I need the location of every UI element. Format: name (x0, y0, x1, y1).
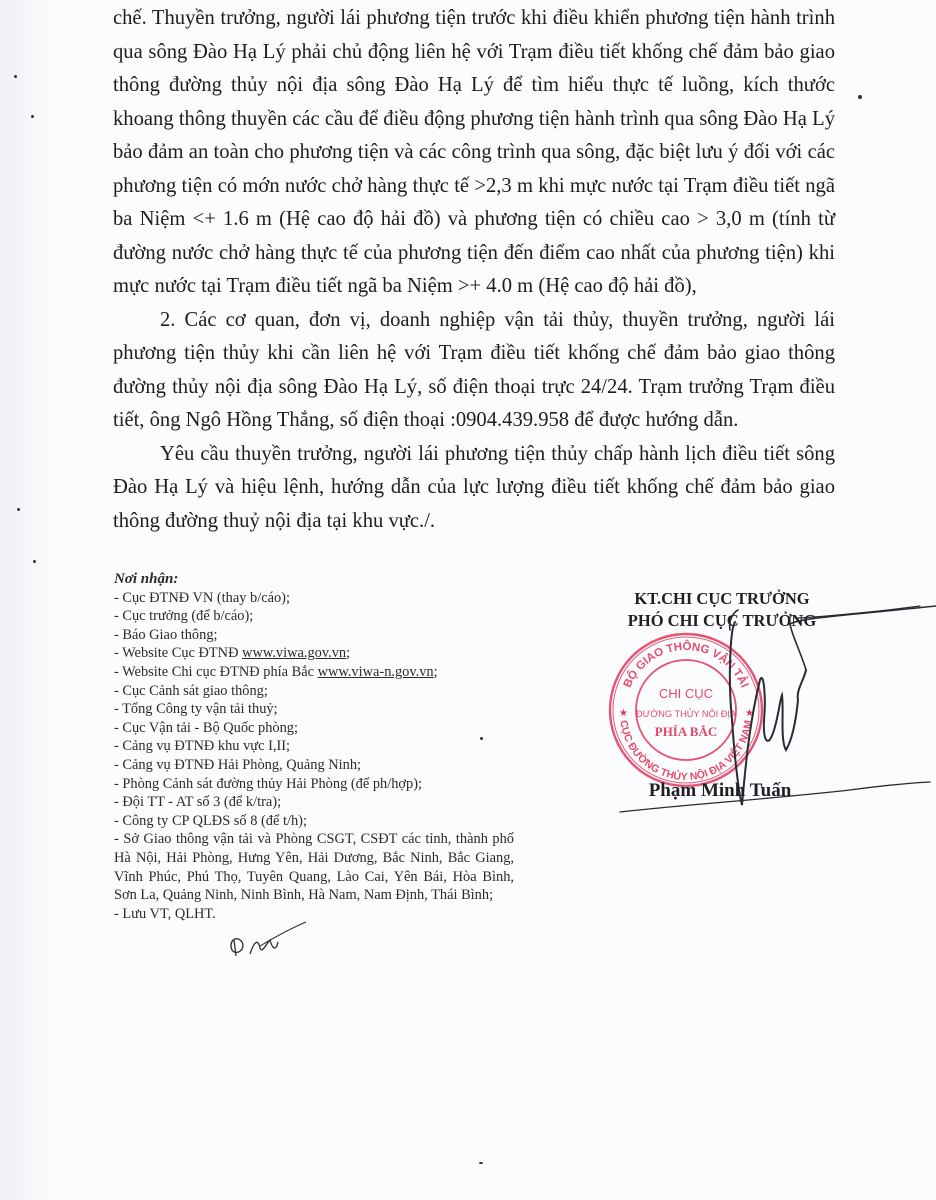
recipient-item: - Cục trưởng (để b/cáo); (114, 607, 514, 626)
recipient-text: - Cục trưởng (để b/cáo); (114, 608, 253, 624)
signature-title-1: KT.CHI CỤC TRƯỞNG (592, 588, 852, 610)
recipient-item: - Sở Giao thông vận tải và Phòng CSGT, C… (114, 830, 514, 904)
recipient-item: - Tổng Công ty vận tải thuỷ; (114, 700, 514, 719)
scan-edge-shadow (0, 0, 60, 1200)
recipient-item: - Đội TT - AT số 3 (để k/tra); (114, 793, 514, 812)
recipient-website-link[interactable]: www.viwa-n.gov.vn (318, 664, 434, 680)
recipient-item: - Báo Giao thông; (114, 626, 514, 645)
recipient-text: - Website Cục ĐTNĐ (114, 645, 242, 661)
recipient-text: - Cục Vận tải - Bộ Quốc phòng; (114, 720, 298, 736)
recipient-item: - Công ty CP QLĐS số 8 (để t/h); (114, 812, 514, 831)
document-body: chế. Thuyền trưởng, người lái phương tiệ… (113, 2, 835, 538)
recipient-website-link[interactable]: www.viwa.gov.vn (242, 645, 346, 661)
stamp-center-line-1: CHI CỤC (659, 686, 713, 701)
recipient-item: - Phòng Cảnh sát đường thủy Hải Phòng (đ… (114, 775, 514, 794)
recipient-item: - Cảng vụ ĐTNĐ Hải Phòng, Quảng Ninh; (114, 756, 514, 775)
stamp-center-line-2: ĐƯỜNG THỦY NỘI ĐỊA (636, 708, 737, 719)
stamp-star-left-icon: ★ (619, 708, 628, 719)
recipient-item: - Cục Vận tải - Bộ Quốc phòng; (114, 719, 514, 738)
recipient-item: - Website Cục ĐTNĐ www.viwa.gov.vn; (114, 644, 514, 663)
recipient-text: - Cảng vụ ĐTNĐ khu vực I,II; (114, 738, 290, 754)
recipient-text: - Báo Giao thông; (114, 627, 218, 643)
recipient-suffix: ; (346, 645, 350, 661)
recipients-list: Nơi nhận: - Cục ĐTNĐ VN (thay b/cáo);- C… (114, 570, 514, 923)
scan-speck (17, 508, 20, 511)
recipient-text: - Sở Giao thông vận tải và Phòng CSGT, C… (114, 831, 514, 903)
recipient-item: - Cục Cảnh sát giao thông; (114, 682, 514, 701)
paragraph-contact-info: 2. Các cơ quan, đơn vị, doanh nghiệp vận… (113, 304, 835, 438)
paragraph-requirement: Yêu cầu thuyền trưởng, người lái phương … (113, 438, 835, 539)
official-stamp: BỘ GIAO THÔNG VẬN TẢI CỤC ĐƯỜNG THỦY NỘI… (606, 630, 766, 790)
signature-block: KT.CHI CỤC TRƯỞNG PHÓ CHI CỤC TRƯỞNG (592, 588, 852, 632)
recipients-heading: Nơi nhận: (114, 570, 514, 589)
signature-title-2: PHÓ CHI CỤC TRƯỞNG (592, 610, 852, 632)
scan-speck (14, 75, 17, 78)
scan-speck (858, 95, 862, 99)
recipient-item: - Lưu VT, QLHT. (114, 905, 514, 924)
signer-name: Phạm Minh Tuấn (590, 780, 850, 802)
scan-speck (33, 560, 36, 563)
recipient-suffix: ; (434, 664, 438, 680)
handwritten-initials (220, 920, 310, 960)
stamp-star-right-icon: ★ (745, 708, 754, 719)
scan-speck (480, 737, 483, 740)
recipient-item: - Cục ĐTNĐ VN (thay b/cáo); (114, 589, 514, 608)
recipient-item: - Cảng vụ ĐTNĐ khu vực I,II; (114, 737, 514, 756)
recipient-text: - Cục Cảnh sát giao thông; (114, 683, 268, 699)
recipient-text: - Đội TT - AT số 3 (để k/tra); (114, 794, 281, 810)
recipient-text: - Cục ĐTNĐ VN (thay b/cáo); (114, 590, 290, 606)
recipient-text: - Cảng vụ ĐTNĐ Hải Phòng, Quảng Ninh; (114, 757, 361, 773)
recipient-text: - Lưu VT, QLHT. (114, 906, 216, 922)
scan-speck (479, 1162, 483, 1164)
recipient-text: - Công ty CP QLĐS số 8 (để t/h); (114, 813, 307, 829)
recipient-items: - Cục ĐTNĐ VN (thay b/cáo);- Cục trưởng … (114, 589, 514, 924)
recipient-text: - Tổng Công ty vận tải thuỷ; (114, 701, 278, 717)
recipient-item: - Website Chi cục ĐTNĐ phía Bắc www.viwa… (114, 663, 514, 682)
recipient-text: - Phòng Cảnh sát đường thủy Hải Phòng (đ… (114, 776, 422, 792)
stamp-center-line-3: PHÍA BẮC (655, 724, 717, 739)
scan-speck (31, 115, 34, 118)
paragraph-continuation: chế. Thuyền trưởng, người lái phương tiệ… (113, 2, 835, 304)
recipient-text: - Website Chi cục ĐTNĐ phía Bắc (114, 664, 318, 680)
